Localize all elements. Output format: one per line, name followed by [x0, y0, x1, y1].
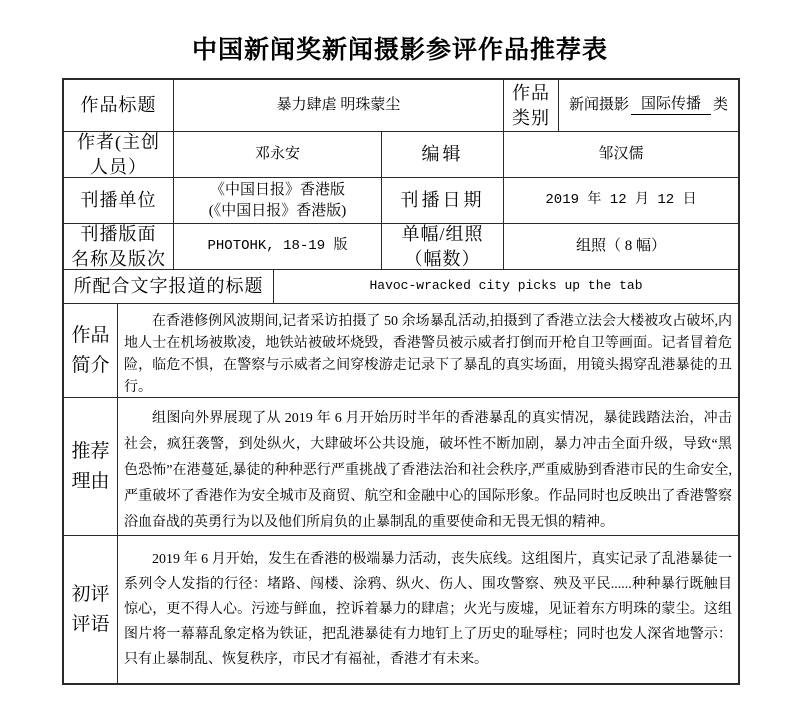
- work-title-label: 作品标题: [64, 80, 174, 131]
- reason-content-cell: 组图向外界展现了从 2019 年 6 月开始历时半年的香港暴乱的真实情况，暴徒践…: [118, 398, 738, 535]
- row-publisher: 刊播单位 《中国日报》香港版 (《中国日报》香港版) 刊播日期 2019 年 1…: [64, 178, 738, 224]
- count-label-line1: 单幅/组照: [401, 224, 483, 247]
- recommendation-table: 作品标题 暴力肆虐 明珠蒙尘 作品 类别 新闻摄影 国际传播 类 作者(主创人员…: [62, 78, 740, 685]
- row-author: 作者(主创人员） 邓永安 编辑 邹汉儒: [64, 132, 738, 178]
- row-reason: 推荐理由 组图向外界展现了从 2019 年 6 月开始历时半年的香港暴乱的真实情…: [64, 398, 738, 536]
- category-label-line1: 作品: [512, 81, 550, 105]
- layout-label: 刊播版面 名称及版次: [64, 224, 174, 269]
- review-content: 2019 年 6 月开始，发生在香港的极端暴力活动，丧失底线。这组图片，真实记录…: [124, 540, 732, 672]
- reason-label: 推荐理由: [64, 398, 118, 535]
- layout-value: PHOTOHK, 18-19 版: [174, 224, 382, 269]
- row-intro: 作品简介 在香港修例风波期间,记者采访拍摄了 50 余场暴乱活动,拍摄到了香港立…: [64, 304, 738, 398]
- count-label: 单幅/组照 （幅数）: [382, 224, 504, 269]
- intro-label: 作品简介: [64, 304, 118, 397]
- category-label-line2: 类别: [512, 106, 550, 130]
- count-label-line2: （幅数）: [405, 247, 481, 270]
- category-label: 作品 类别: [504, 80, 559, 131]
- layout-label-line1: 刊播版面: [81, 224, 157, 247]
- row-work-title: 作品标题 暴力肆虐 明珠蒙尘 作品 类别 新闻摄影 国际传播 类: [64, 80, 738, 132]
- row-review: 初评评语 2019 年 6 月开始，发生在香港的极端暴力活动，丧失底线。这组图片…: [64, 536, 738, 683]
- category-prefix: 新闻摄影: [569, 95, 629, 116]
- row-text-report: 所配合文字报道的标题 Havoc-wracked city picks up t…: [64, 270, 738, 304]
- author-value: 邓永安: [174, 132, 382, 177]
- publish-date-label: 刊播日期: [382, 178, 504, 223]
- publisher-value: 《中国日报》香港版 (《中国日报》香港版): [174, 178, 382, 223]
- intro-content-cell: 在香港修例风波期间,记者采访拍摄了 50 余场暴乱活动,拍摄到了香港立法会大楼被…: [118, 304, 738, 397]
- review-content-cell: 2019 年 6 月开始，发生在香港的极端暴力活动，丧失底线。这组图片，真实记录…: [118, 536, 738, 683]
- row-page-layout: 刊播版面 名称及版次 PHOTOHK, 18-19 版 单幅/组照 （幅数） 组…: [64, 224, 738, 270]
- reason-content: 组图向外界展现了从 2019 年 6 月开始历时半年的香港暴乱的真实情况，暴徒践…: [124, 402, 732, 535]
- author-label: 作者(主创人员）: [64, 132, 174, 177]
- text-report-value: Havoc-wracked city picks up the tab: [274, 270, 738, 303]
- review-label: 初评评语: [64, 536, 118, 683]
- publish-date-value: 2019 年 12 月 12 日: [504, 178, 738, 223]
- publisher-value-line2: (《中国日报》香港版): [209, 201, 347, 222]
- work-title-value: 暴力肆虐 明珠蒙尘: [174, 80, 504, 131]
- page-title: 中国新闻奖新闻摄影参评作品推荐表: [0, 0, 800, 66]
- category-suffix: 类: [713, 95, 728, 116]
- category-underlined-value: 国际传播: [631, 96, 711, 115]
- count-value: 组照（ 8 幅）: [504, 224, 738, 269]
- publisher-value-line1: 《中国日报》香港版: [210, 180, 345, 201]
- intro-content: 在香港修例风波期间,记者采访拍摄了 50 余场暴乱活动,拍摄到了香港立法会大楼被…: [124, 308, 732, 397]
- text-report-label: 所配合文字报道的标题: [64, 270, 274, 303]
- publisher-label: 刊播单位: [64, 178, 174, 223]
- editor-label: 编辑: [382, 132, 504, 177]
- editor-value: 邹汉儒: [504, 132, 738, 177]
- category-value: 新闻摄影 国际传播 类: [559, 80, 738, 131]
- layout-label-line2: 名称及版次: [71, 247, 166, 270]
